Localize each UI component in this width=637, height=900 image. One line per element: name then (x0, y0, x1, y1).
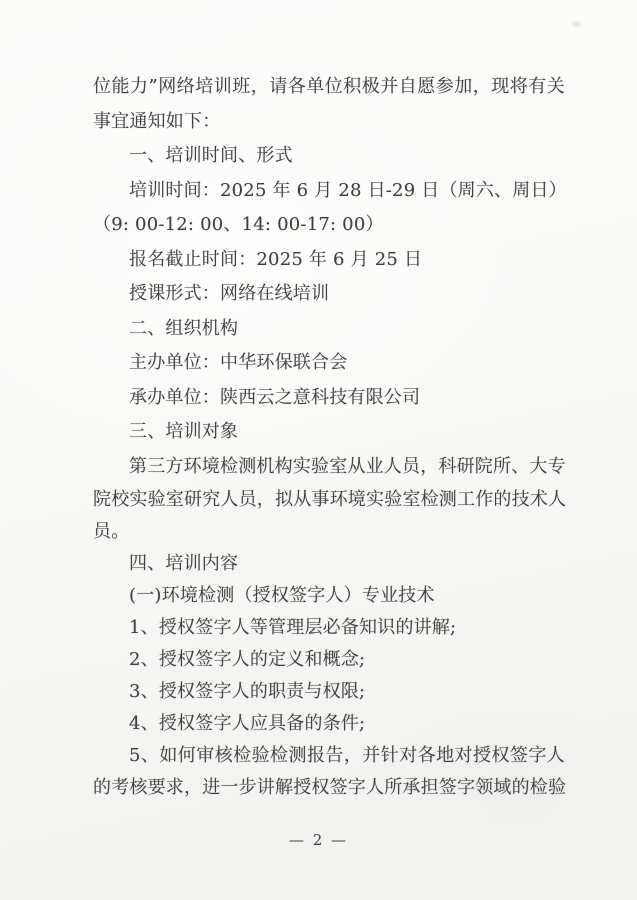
doc-line: 员。 (93, 516, 565, 548)
doc-line: 的考核要求，进一步讲解授权签字人所承担签字领域的检验 (93, 772, 565, 804)
doc-line: 主办单位：中华环保联合会 (93, 346, 565, 381)
heading-content: 四、培训内容 (93, 548, 565, 580)
doc-line: 4、授权签字人应具备的条件; (93, 708, 565, 740)
doc-line: (一)环境检测（授权签字人）专业技术 (93, 580, 565, 612)
doc-line: 1、授权签字人等管理层必备知识的讲解; (93, 612, 565, 644)
doc-line: 承办单位：陕西云之意科技有限公司 (93, 381, 565, 416)
scanned-document-page: 位能力”网络培训班，请各单位积极并自愿参加，现将有关 事宜通知如下： 一、培训时… (0, 0, 637, 900)
doc-line: 第三方环境检测机构实验室从业人员，科研院所、大专 (93, 450, 565, 485)
doc-line: （9: 00-12: 00、14: 00-17: 00） (93, 208, 565, 243)
doc-line: 事宜通知如下： (93, 105, 565, 140)
doc-line: 授课形式：网络在线培训 (93, 277, 565, 312)
doc-line: 5、如何审核检验检测报告，并针对各地对授权签字人 (93, 740, 565, 772)
doc-line: 院校实验室研究人员，拟从事环境实验室检测工作的技术人 (93, 484, 565, 516)
page-number: — 2 — (0, 831, 637, 849)
doc-line: 2、授权签字人的定义和概念; (93, 644, 565, 676)
heading-training-time: 一、培训时间、形式 (93, 139, 565, 174)
heading-trainees: 三、培训对象 (93, 415, 565, 450)
scan-artifact (570, 20, 582, 28)
heading-organization: 二、组织机构 (93, 312, 565, 347)
doc-line: 位能力”网络培训班，请各单位积极并自愿参加，现将有关 (93, 70, 565, 105)
doc-line: 培训时间：2025 年 6 月 28 日-29 日（周六、周日） (93, 174, 565, 209)
doc-line: 3、授权签字人的职责与权限; (93, 676, 565, 708)
doc-line: 报名截止时间：2025 年 6 月 25 日 (93, 243, 565, 278)
document-body: 位能力”网络培训班，请各单位积极并自愿参加，现将有关 事宜通知如下： 一、培训时… (93, 70, 565, 804)
